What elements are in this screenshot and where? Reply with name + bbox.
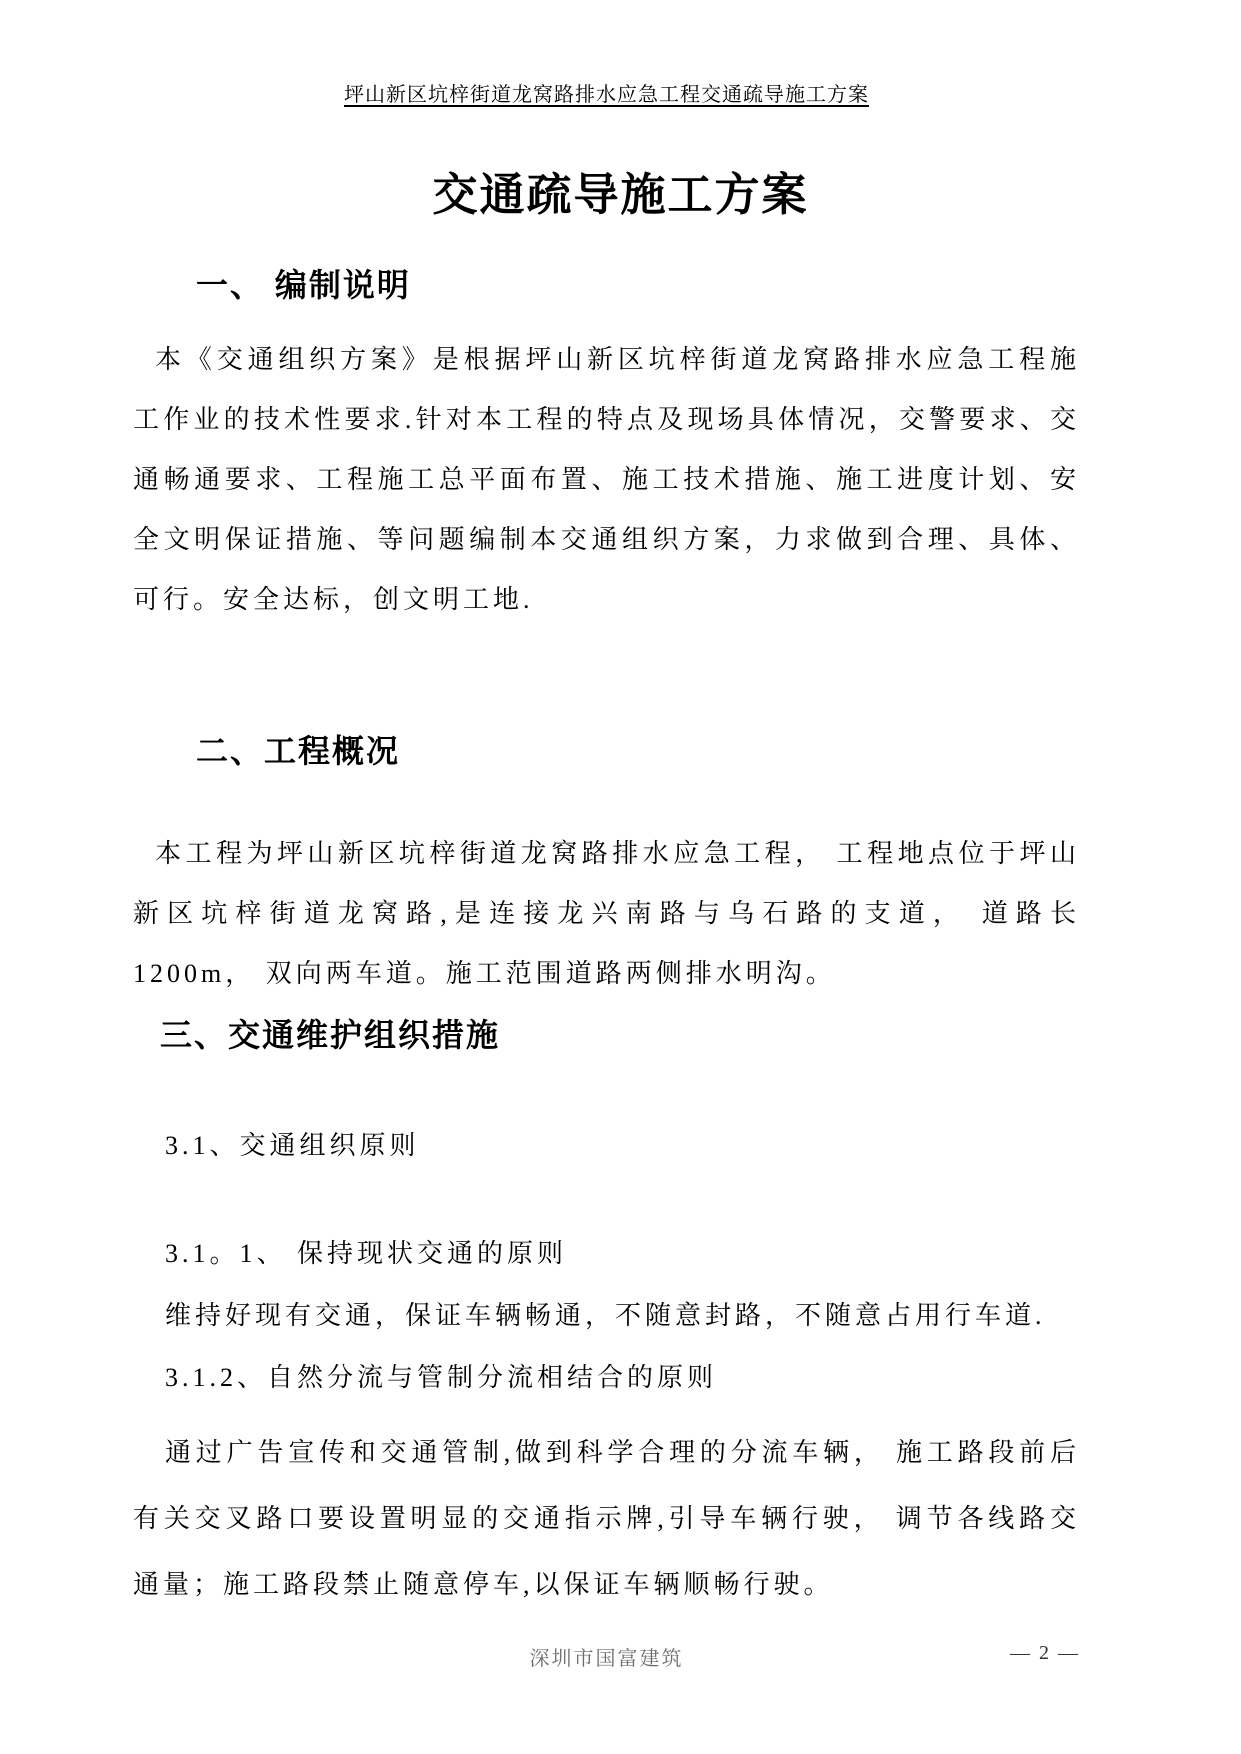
subsection-3-1-2-heading: 3.1.2、自然分流与管制分流相结合的原则	[165, 1357, 717, 1394]
section1-paragraph: 本《交通组织方案》是根据坪山新区坑梓街道龙窝路排水应急工程施工作业的技术性要求.…	[133, 330, 1080, 630]
section2-heading: 二、工程概况	[196, 726, 400, 772]
section2-paragraph: 本工程为坪山新区坑梓街道龙窝路排水应急工程， 工程地点位于坪山新区坑梓街道龙窝路…	[133, 824, 1080, 1004]
footer-page-number: — 2 —	[1010, 1642, 1080, 1665]
document-page: 坪山新区坑梓街道龙窝路排水应急工程交通疏导施工方案 交通疏导施工方案 一、 编制…	[0, 0, 1241, 1754]
header-doc-title: 坪山新区坑梓街道龙窝路排水应急工程交通疏导施工方案	[344, 84, 869, 106]
page-header: 坪山新区坑梓街道龙窝路排水应急工程交通疏导施工方案	[133, 78, 1080, 107]
section1-heading: 一、 编制说明	[196, 260, 411, 306]
section3-heading: 三、交通维护组织措施	[160, 1010, 500, 1056]
subsection-3-1-1-text: 维持好现有交通，保证车辆畅通，不随意封路，不随意占用行车道.	[165, 1295, 1046, 1332]
subsection-3-1-2-paragraph: 通过广告宣传和交通管制,做到科学合理的分流车辆， 施工路段前后有关交叉路口要设置…	[133, 1420, 1080, 1618]
footer-company-name: 深圳市国富建筑	[133, 1642, 1080, 1671]
subsection-3-1-1-heading: 3.1。1、 保持现状交通的原则	[165, 1233, 567, 1270]
subsection-3-1-heading: 3.1、交通组织原则	[165, 1125, 420, 1162]
document-title: 交通疏导施工方案	[0, 158, 1241, 223]
page-footer: 深圳市国富建筑 — 2 —	[133, 1642, 1080, 1672]
